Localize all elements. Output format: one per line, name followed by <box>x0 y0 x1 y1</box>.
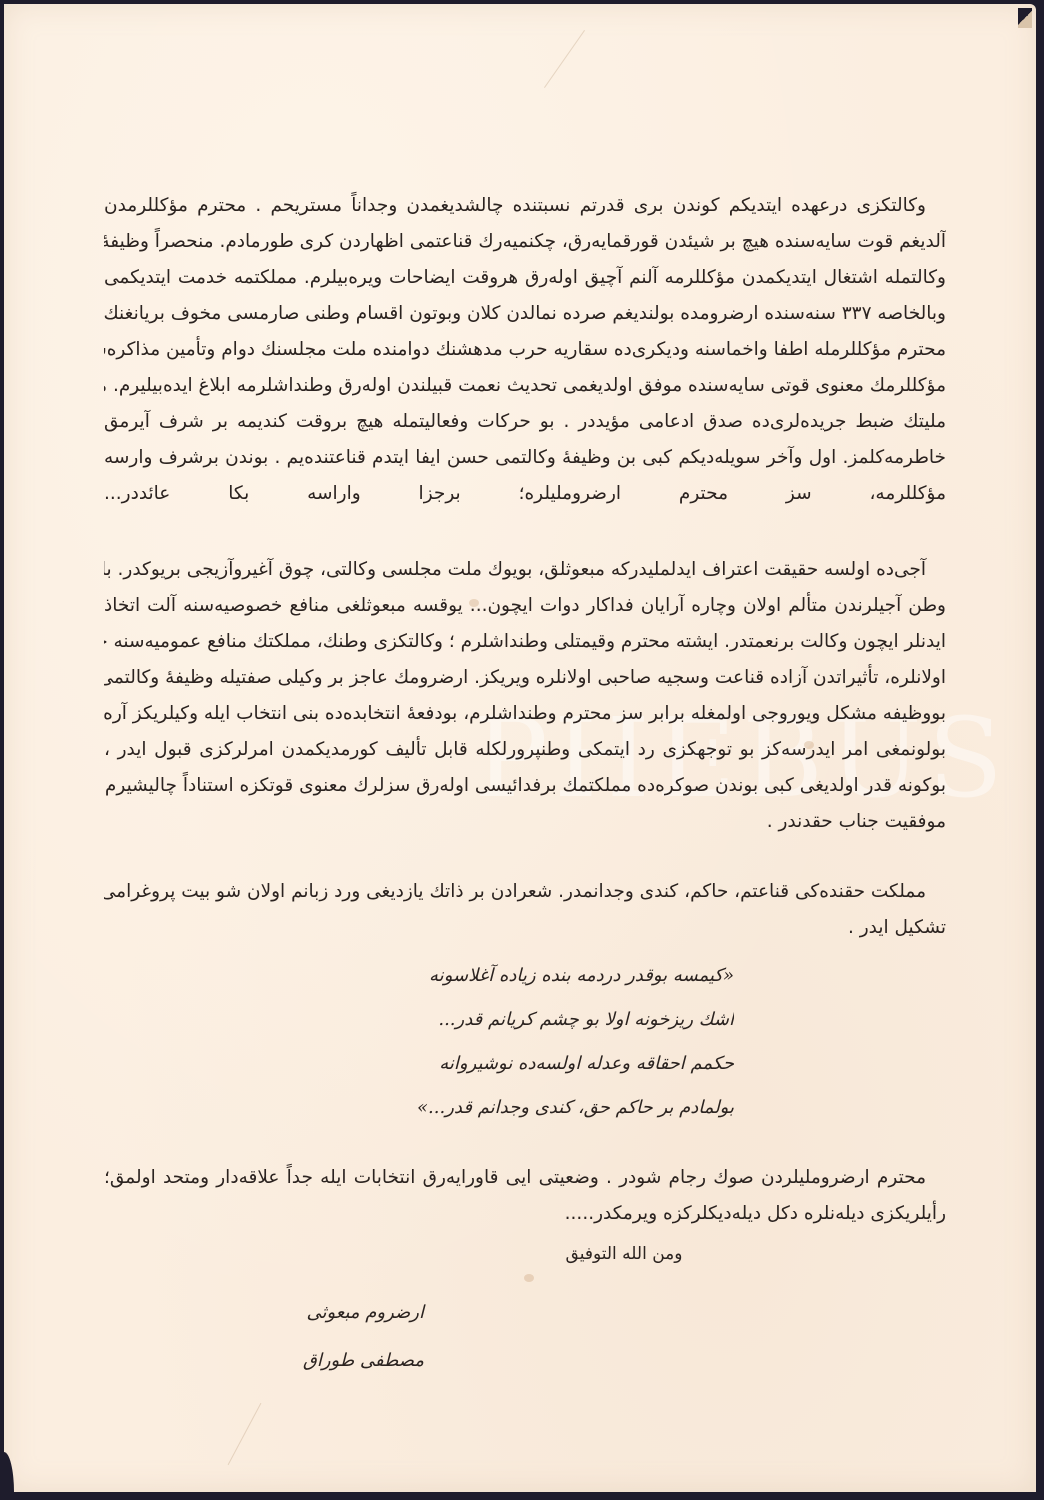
text-line: محترم ارضروملیلردن صوك رجام شودر . وضعيت… <box>104 1160 946 1196</box>
paragraph-2: آجى‌ده اولسه حقيقت اعتراف ايدلمليدركه مب… <box>104 552 946 840</box>
signature-title: ارضروم مبعوثى <box>244 1289 424 1337</box>
poem-line: بولمادم بر حاكم حق، كندى وجدانم قدر...» <box>334 1086 734 1130</box>
paper-stain <box>524 1274 534 1282</box>
paragraph-4: محترم ارضروملیلردن صوك رجام شودر . وضعيت… <box>104 1160 946 1232</box>
text-line: رأيلريكزى ديله‌نلره دكل ديله‌ديكلركزه وي… <box>104 1196 946 1232</box>
text-line: مؤكللرمه، سز محترم ارضروملیلره؛ برجزا وا… <box>104 476 946 512</box>
text-line: بولونمغى امر ايدرسه‌كز بو توجهكزى رد ايت… <box>104 732 946 768</box>
paragraph-1: وكالتكزى درعهده ايتديكم كوندن برى قدرتم … <box>104 188 946 548</box>
text-line: ايدنلر ايچون وكالت برنعمتدر. ايشته محترم… <box>104 624 946 660</box>
text-line: موفقيت جناب حقدندر . <box>104 804 946 840</box>
signature-block: ارضروم مبعوثى مصطفى طوراق <box>244 1289 424 1385</box>
poem-line: حكمم احقاقه وعدله اولسه‌ده نوشيروانه <box>334 1042 734 1086</box>
poem-line: «كيمسه بوقدر دردمه بنده زياده آغلاسونه <box>334 954 734 998</box>
text-line: وطن آجيلرندن متألم اولان وچاره آرايان فد… <box>104 588 946 624</box>
closing-formula: ومن الله التوفيق <box>524 1244 724 1264</box>
text-line: محترم مؤكللرمله اطفا واخماسنه وديكرى‌ده … <box>104 332 946 368</box>
poem-line: اشك ريزخونه اولا بو چشم كريانم قدر... <box>334 998 734 1042</box>
text-line: آجى‌ده اولسه حقيقت اعتراف ايدلمليدركه مب… <box>104 552 946 588</box>
text-line <box>104 512 946 548</box>
text-line: مليتك ضبط جريده‌لرى‌ده صدق ادعامى مؤيددر… <box>104 404 946 440</box>
text-line: تشكيل ايدر . <box>104 910 946 946</box>
text-line: بوكونه قدر اولديغى كبى بوندن صوكره‌ده مم… <box>104 768 946 804</box>
text-line: خاطرمه‌كلمز. اول وآخر سويله‌ديكم كبى بن … <box>104 440 946 476</box>
text-line: وكالتمله اشتغال ايتديكمدن مؤكللرمه آلنم … <box>104 260 946 296</box>
text-line: مؤكللرمك معنوى قوتى سايه‌سنده موفق اولدي… <box>104 368 946 404</box>
text-line: اولانلره، تأثيراتدن آزاده قناعت وسجيه صا… <box>104 660 946 696</box>
text-line: آلديغم قوت سايه‌سنده هيچ بر شيئدن قورقما… <box>104 224 946 260</box>
page-corner-fold <box>1018 8 1032 28</box>
text-line: بووظيفه مشكل ويوروجى اولمغله برابر سز مح… <box>104 696 946 732</box>
text-line: وبالخاصه ٣٣٧ سنه‌سنده ارضرومده بولنديغم … <box>104 296 946 332</box>
poem-quote: «كيمسه بوقدر دردمه بنده زياده آغلاسونه ا… <box>334 954 734 1130</box>
document-page: PHEBUS وكالتكزى درعهده ايتديكم كوندن برى… <box>4 4 1036 1492</box>
text-line: وكالتكزى درعهده ايتديكم كوندن برى قدرتم … <box>104 188 946 224</box>
paragraph-3: مملكت حقنده‌كى قناعتم، حاكم، كندى وجدانم… <box>104 874 946 946</box>
signature-name: مصطفى طوراق <box>244 1337 424 1385</box>
text-line: مملكت حقنده‌كى قناعتم، حاكم، كندى وجدانم… <box>104 874 946 910</box>
page-corner-tear <box>4 1452 14 1492</box>
